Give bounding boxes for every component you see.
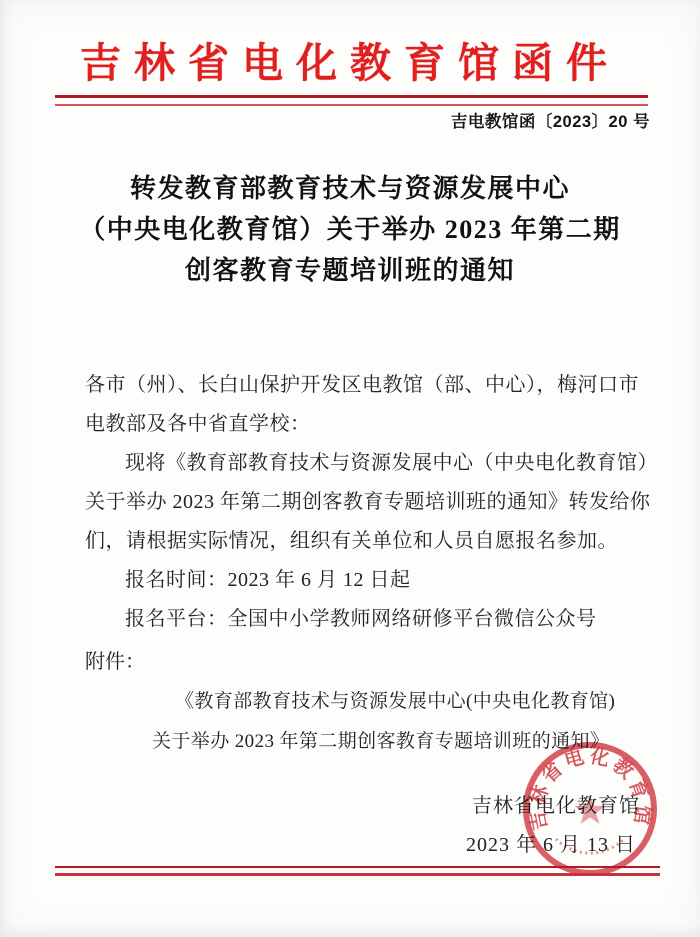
doc-number: 吉电教馆函〔2023〕20 号	[0, 108, 650, 132]
paragraph-line: 们，请根据实际情况，组织有关单位和人员自愿报名参加。	[85, 522, 645, 561]
letterhead-title: 吉林省电化教育馆函件	[0, 30, 700, 89]
seal-serial-arc	[556, 839, 624, 853]
notice-title-line-1: 转发教育部教育技术与资源发展中心	[0, 168, 700, 209]
seal-arc-text: 吉林省电化教育馆	[524, 743, 656, 832]
salutation-line: 电教部及各中省直学校：	[85, 405, 645, 444]
notice-title-line-3: 创客教育专题培训班的通知	[0, 250, 700, 291]
notice-title: 转发教育部教育技术与资源发展中心 （中央电化教育馆）关于举办 2023 年第二期…	[0, 168, 700, 291]
paragraph-line: 现将《教育部教育技术与资源发展中心（中央电化教育馆）	[85, 444, 645, 483]
attachment-label: 附件：	[85, 645, 145, 674]
header-rule	[55, 95, 648, 106]
registration-time-line: 报名时间：2023 年 6 月 12 日起	[85, 561, 645, 600]
body-text: 各市（州）、长白山保护开发区电教馆（部、中心），梅河口市 电教部及各中省直学校：…	[85, 366, 645, 639]
footer-rule	[55, 866, 660, 876]
registration-platform-line: 报名平台：全国中小学教师网络研修平台微信公众号	[85, 600, 645, 639]
document-page: 吉林省电化教育馆函件 吉电教馆函〔2023〕20 号 转发教育部教育技术与资源发…	[0, 0, 700, 937]
paragraph-line: 关于举办 2023 年第二期创客教育专题培训班的通知》转发给你	[85, 483, 645, 522]
attachment-title-line-1: 《教育部教育技术与资源发展中心(中央电化教育馆)	[175, 686, 615, 713]
official-seal: 吉林省电化教育馆	[520, 739, 660, 879]
salutation-line: 各市（州）、长白山保护开发区电教馆（部、中心），梅河口市	[85, 366, 645, 405]
notice-title-line-2: （中央电化教育馆）关于举办 2023 年第二期	[0, 209, 700, 250]
seal-star	[575, 795, 605, 824]
